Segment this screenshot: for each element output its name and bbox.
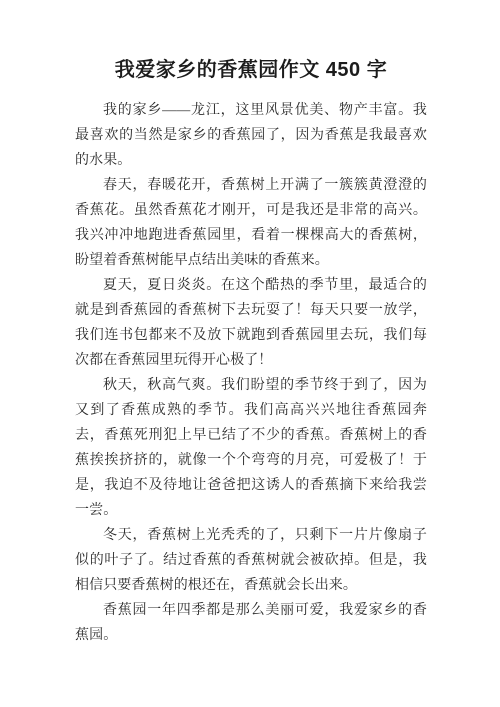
document-title: 我爱家乡的香蕉园作文 450 字 bbox=[75, 56, 427, 84]
essay-paragraph-spring: 春天，春暖花开，香蕉树上开满了一簇簇黄澄澄的香蕉花。虽然香蕉花才刚开，可是我还是… bbox=[75, 173, 427, 273]
document-page: 我爱家乡的香蕉园作文 450 字 我的家乡——龙江，这里风景优美、物产丰富。我最… bbox=[0, 0, 500, 707]
essay-paragraph-conclusion: 香蕉园一年四季都是那么美丽可爱，我爱家乡的香蕉园。 bbox=[75, 598, 427, 648]
essay-paragraph-autumn: 秋天，秋高气爽。我们盼望的季节终于到了，因为又到了香蕉成熟的季节。我们高高兴兴地… bbox=[75, 373, 427, 523]
essay-paragraph-intro: 我的家乡——龙江，这里风景优美、物产丰富。我最喜欢的当然是家乡的香蕉园了，因为香… bbox=[75, 98, 427, 173]
essay-paragraph-winter: 冬天，香蕉树上光秃秃的了，只剩下一片片像扇子似的叶子了。结过香蕉的香蕉树就会被砍… bbox=[75, 523, 427, 598]
essay-paragraph-summer: 夏天，夏日炎炎。在这个酷热的季节里，最适合的就是到香蕉园的香蕉树下去玩耍了！每天… bbox=[75, 273, 427, 373]
essay-body: 我的家乡——龙江，这里风景优美、物产丰富。我最喜欢的当然是家乡的香蕉园了，因为香… bbox=[75, 98, 427, 648]
